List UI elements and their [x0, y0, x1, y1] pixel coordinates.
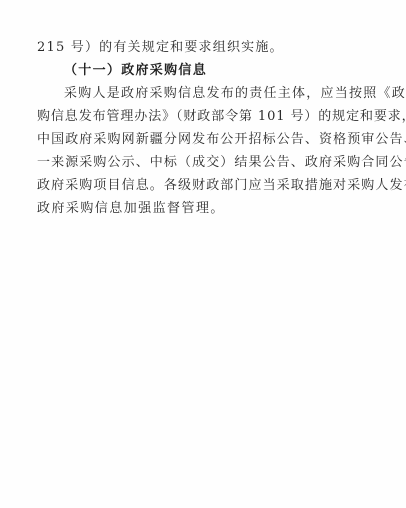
paragraph-line-2: 购信息发布管理办法》（财政部令第 101 号）的规定和要求，在 — [37, 109, 367, 125]
paragraph-line-6: 政府采购信息加强监督管理。 — [37, 201, 367, 217]
paragraph-continuation-line: 215 号）的有关规定和要求组织实施。 — [37, 40, 367, 56]
paragraph-line-4: 一来源采购公示、中标（成交）结果公告、政府采购合同公告等 — [37, 155, 367, 171]
paragraph-line-5: 政府采购项目信息。各级财政部门应当采取措施对采购人发布的 — [37, 178, 367, 194]
document-page: 215 号）的有关规定和要求组织实施。 （十一）政府采购信息 采购人是政府采购信… — [0, 0, 406, 508]
section-heading: （十一）政府采购信息 — [64, 63, 394, 79]
paragraph-line-3: 中国政府采购网新疆分网发布公开招标公告、资格预审公告、单 — [37, 132, 367, 148]
paragraph-line-1: 采购人是政府采购信息发布的责任主体，应当按照《政府采 — [64, 86, 394, 102]
